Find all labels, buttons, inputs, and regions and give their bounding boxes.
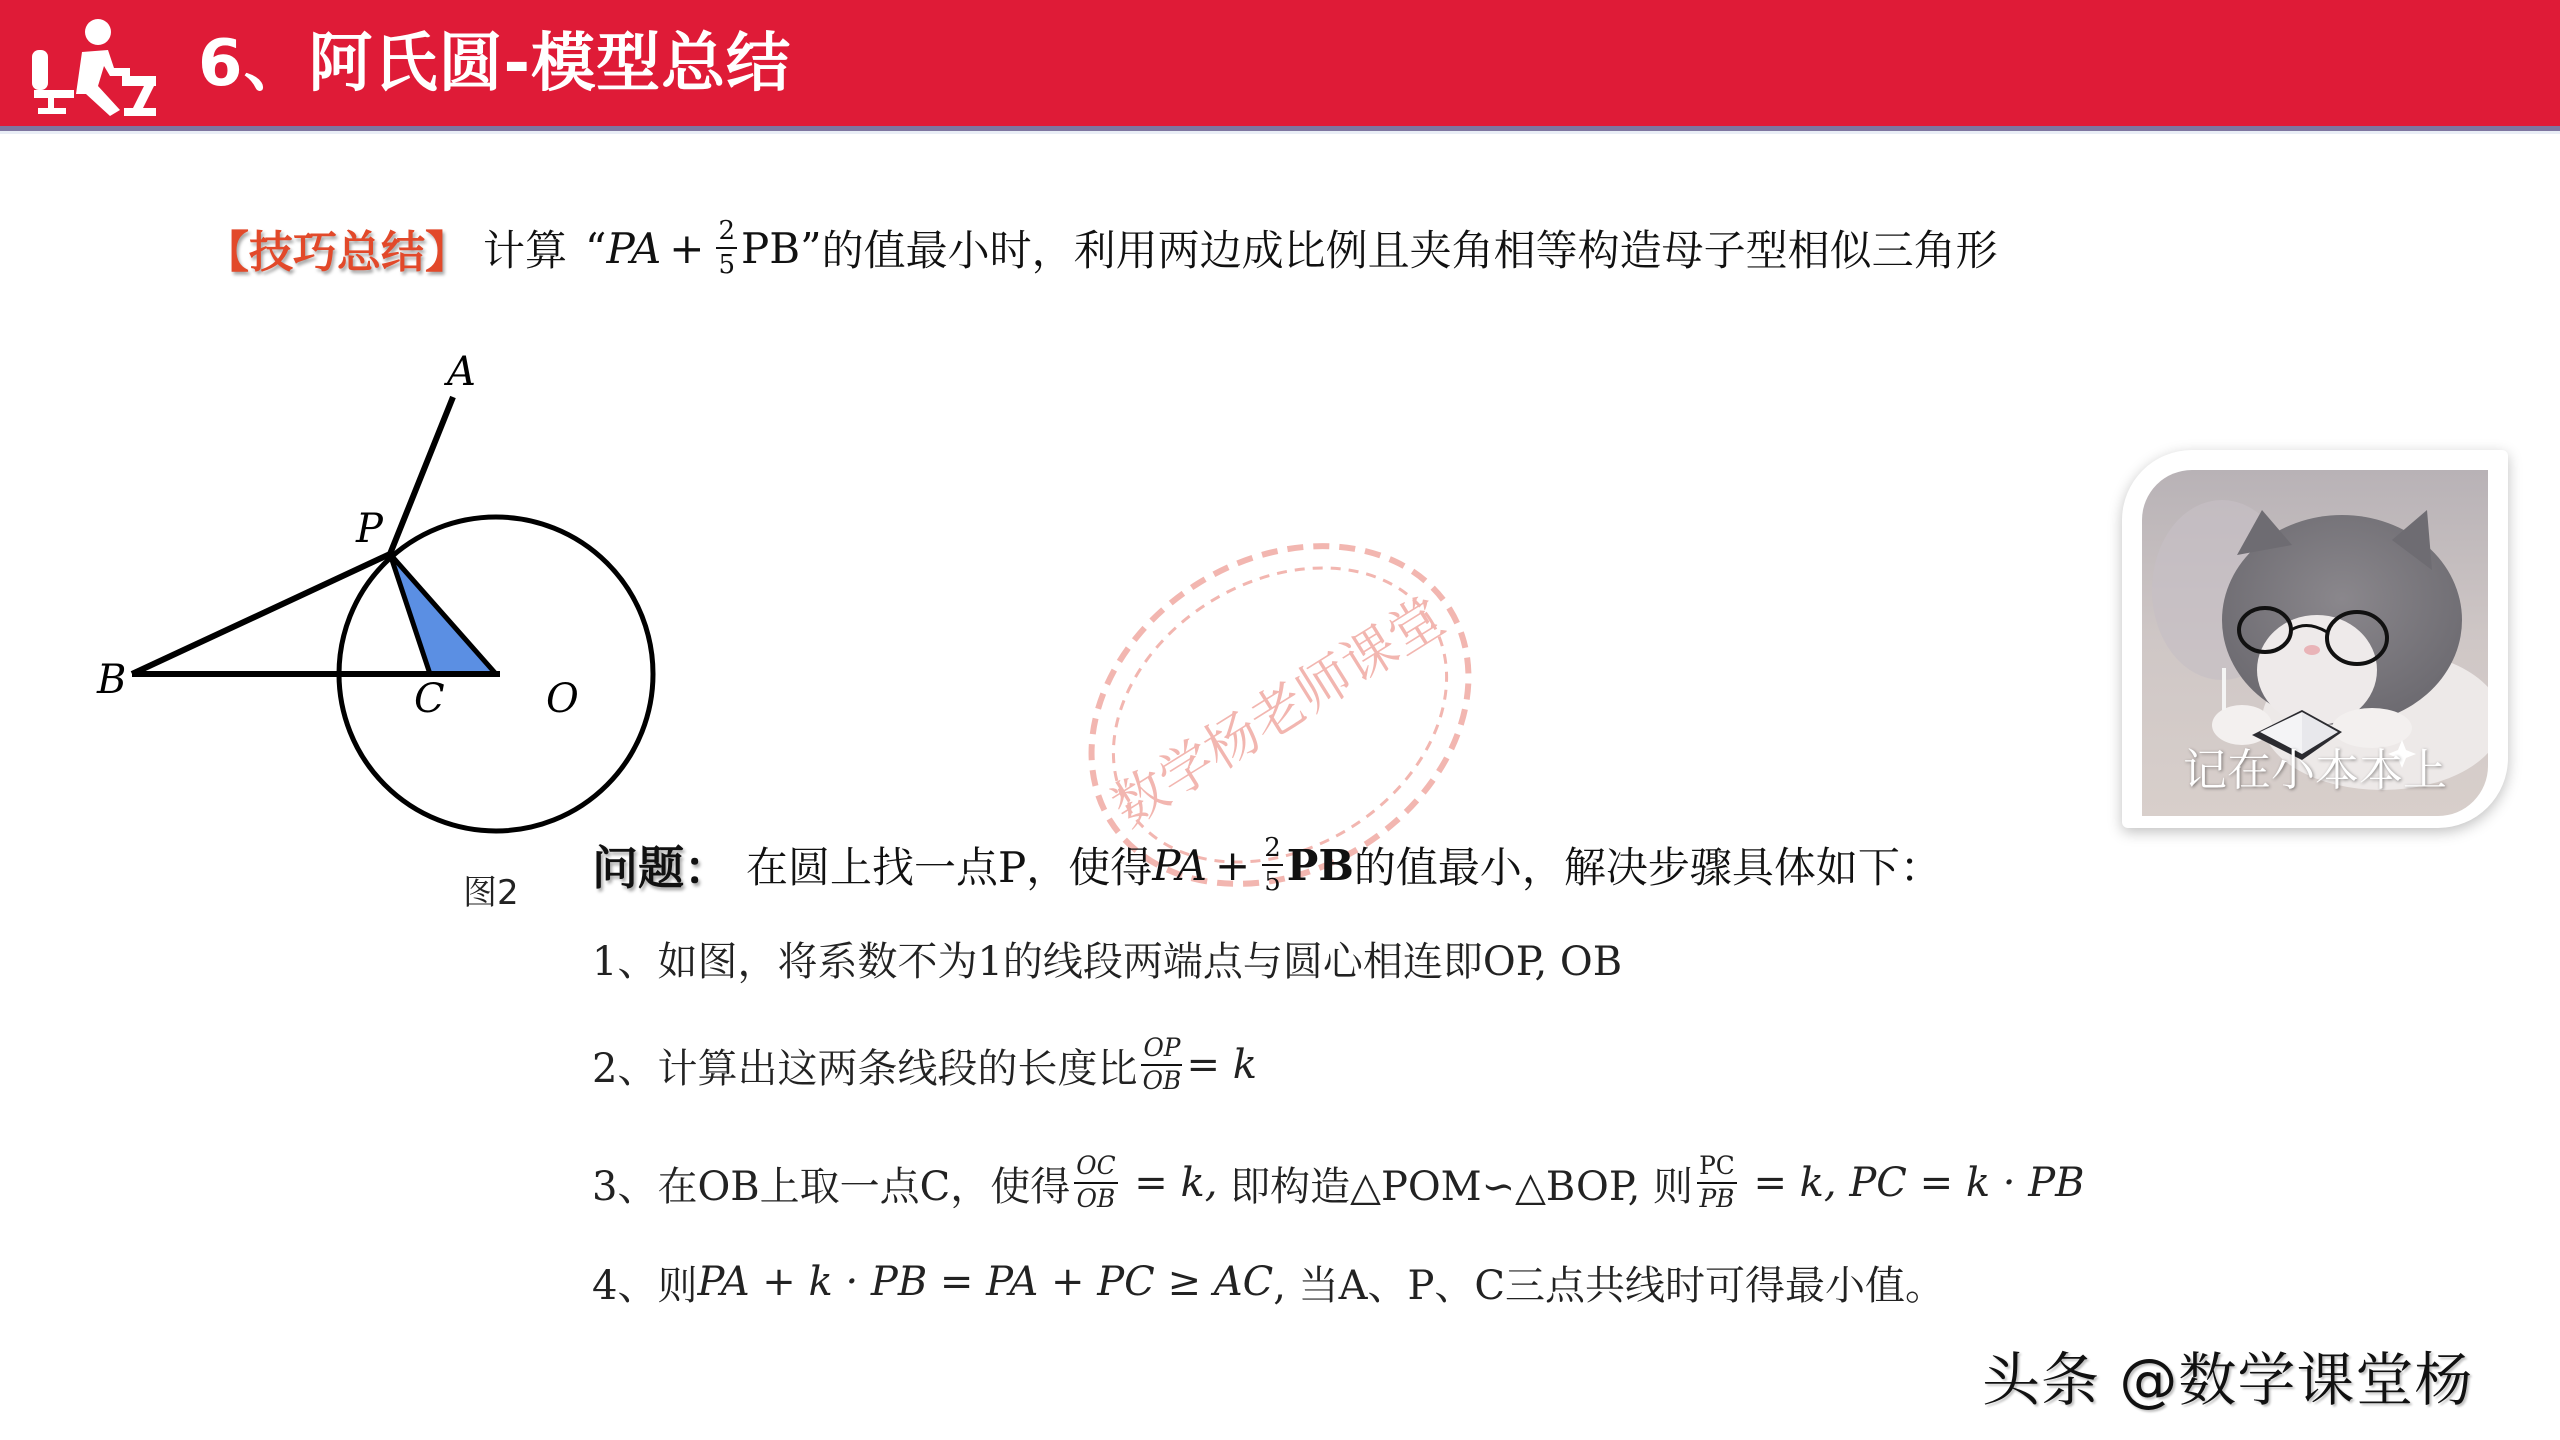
tip-prefix: 计算	[483, 218, 567, 278]
sticker-caption: 记在小本本上	[2142, 734, 2488, 798]
step-4-expr: PA + k · PB = PA + PC ≥ AC	[697, 1259, 1273, 1305]
step-3-frac2-den: PB	[1699, 1184, 1734, 1212]
step-2-suffix: = k	[1186, 1042, 1256, 1088]
step-3-mid: = k,	[1122, 1160, 1231, 1206]
label-a: A	[443, 349, 476, 395]
step-2-frac-den: OB	[1143, 1066, 1182, 1094]
step-4-suffix: , 当A、P、C三点共线时可得最小值。	[1273, 1254, 1945, 1311]
step-3-fraction2: PC PB	[1697, 1154, 1737, 1212]
step-3-prefix: 3、在OB上取一点C，使得	[592, 1155, 1070, 1212]
step-2-frac-num: OP	[1141, 1036, 1182, 1066]
step-3-frac-den: OB	[1077, 1184, 1116, 1212]
step-2-prefix: 2、计算出这两条线段的长度比	[592, 1037, 1137, 1094]
problem-frac-num: 2	[1262, 835, 1283, 866]
title-bar: 6、阿氏圆-模型总结	[0, 0, 2560, 126]
tip-fraction: 2 5	[716, 218, 737, 278]
sticker-card: 记在小本本上	[2122, 450, 2508, 828]
label-p: P	[355, 506, 384, 552]
step-3-mid2: 即构造△POM∽△BOP, 则	[1230, 1155, 1693, 1212]
tip-expr-pa: PA	[607, 224, 662, 273]
tip-pb: PB	[741, 224, 800, 273]
tip-frac-num: 2	[716, 218, 737, 249]
step-4: 4、则 PA + k · PB = PA + PC ≥ AC , 当A、P、C三…	[592, 1254, 1945, 1310]
step-3: 3、在OB上取一点C，使得 OC OB = k, 即构造△POM∽△BOP, 则…	[592, 1138, 2085, 1228]
page-title: 6、阿氏圆-模型总结	[198, 26, 791, 102]
step-2: 2、计算出这两条线段的长度比 OP OB = k	[592, 1020, 1257, 1110]
step-3-fraction: OC OB	[1074, 1154, 1117, 1212]
step-3-frac2-num: PC	[1697, 1154, 1737, 1184]
problem-text1: 在圆上找一点P，使得	[746, 835, 1152, 895]
tip-close-quote: ”	[800, 224, 821, 273]
cat-reading-image: 记在小本本上	[2142, 470, 2488, 816]
label-o: O	[546, 676, 579, 722]
problem-fraction: 2 5	[1262, 835, 1283, 895]
problem-pb: PB	[1287, 841, 1354, 890]
problem-statement: 问题： 在圆上找一点P，使得 PA + 2 5 PB 的值最小，解决步骤具体如下…	[592, 820, 1942, 910]
tip-tag: 【技巧总结】	[205, 216, 469, 280]
step-3-suffix: = k, PC = k · PB	[1741, 1160, 2085, 1206]
tip-suffix: 的值最小时，利用两边成比例且夹角相等构造母子型相似三角形	[822, 218, 1998, 278]
tip-open-quote: “	[585, 224, 606, 273]
problem-text2: 的值最小，解决步骤具体如下：	[1354, 835, 1942, 895]
watermark-text: 数学杨老师课堂	[1101, 585, 1455, 839]
student-at-desk-icon	[24, 10, 156, 118]
segment-pa	[390, 397, 453, 554]
tip-plus: +	[669, 224, 704, 273]
step-1-text: 1、如图，将系数不为1的线段两端点与圆心相连即OP, OB	[592, 930, 1622, 987]
label-b: B	[96, 657, 126, 703]
problem-plus: +	[1215, 841, 1250, 890]
tip-frac-den: 5	[718, 249, 735, 278]
problem-expr-pa: PA	[1152, 841, 1207, 890]
step-4-prefix: 4、则	[592, 1254, 697, 1311]
triangle-pco	[390, 554, 496, 674]
geometry-diagram: A P B C O	[80, 330, 680, 890]
tip-summary: 【技巧总结】 计算 “ PA + 2 5 PB ” 的值最小时，利用两边成比例且…	[205, 208, 1998, 288]
step-3-frac-num: OC	[1074, 1154, 1117, 1184]
author-credit: 头条 @数学课堂杨	[1982, 1333, 2473, 1417]
problem-frac-den: 5	[1264, 866, 1281, 895]
problem-tag: 问题：	[592, 832, 730, 898]
step-1: 1、如图，将系数不为1的线段两端点与圆心相连即OP, OB	[592, 930, 1622, 986]
header-divider-light	[0, 131, 2560, 134]
label-c: C	[414, 676, 445, 722]
figure-caption: 图2	[463, 865, 519, 914]
step-2-fraction: OP OB	[1141, 1036, 1182, 1094]
